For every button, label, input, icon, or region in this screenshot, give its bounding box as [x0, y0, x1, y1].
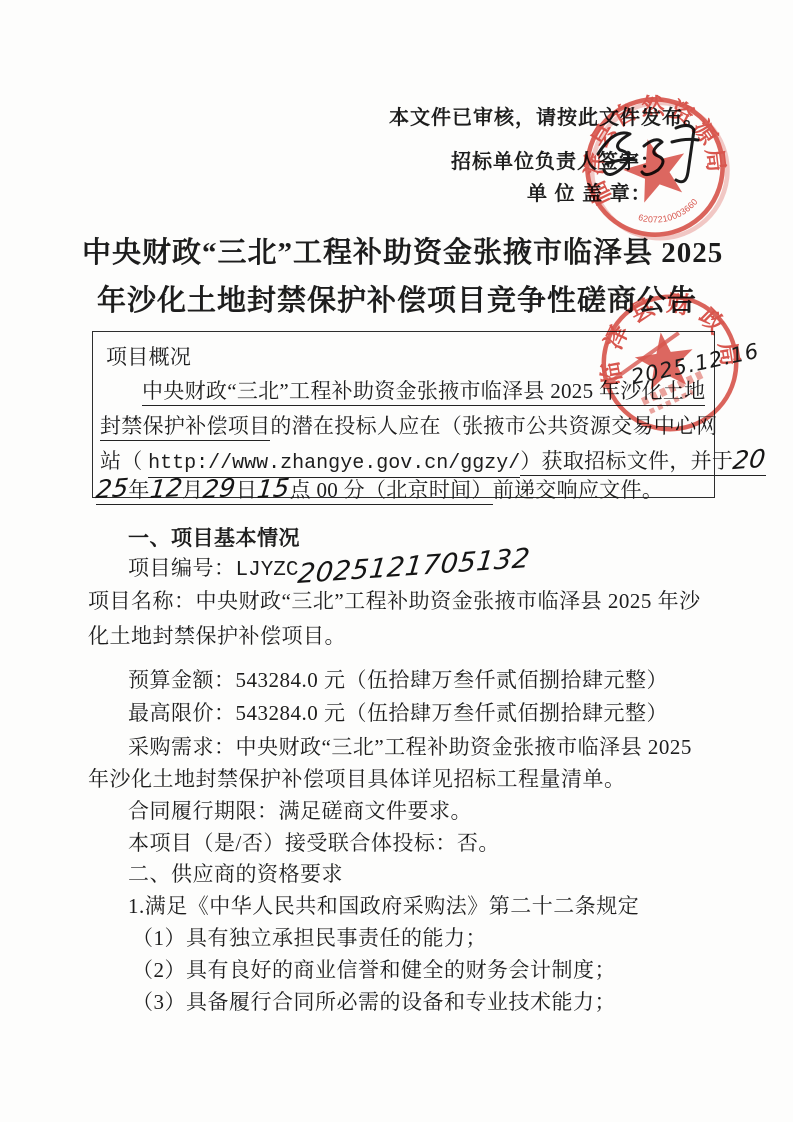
overview-line3: 站（ http://www.zhangye.gov.cn/ggzy/）获取招标文…	[100, 445, 766, 475]
overview-line4: 25年12月29日15点 00 分（北京时间）前递交响应文件。	[96, 474, 663, 504]
qualification-item1: 1.满足《中华人民共和国政府采购法》第二十二条规定	[128, 890, 639, 920]
project-name-line1: 项目名称：中央财政“三北”工程补助资金张掖市临泽县 2025 年沙	[88, 585, 701, 615]
handwritten-20: 20	[733, 454, 767, 466]
max-price-line: 最高限价：543284.0 元（伍拾肆万叁仟贰佰捌拾肆元整）	[128, 697, 668, 727]
handwritten-hour: 15	[257, 483, 291, 495]
scanned-document-page: 本文件已审核，请按此文件发布。 招标单位负责人签字： 单 位 盖 章： 临泽县自…	[0, 0, 793, 1122]
qualification-sub3: （3）具备履行合同所必需的设备和专业技术能力；	[132, 986, 616, 1016]
project-name-line2: 化土地封禁保护补偿项目。	[88, 620, 346, 650]
overview-heading: 项目概况	[106, 341, 191, 371]
handwritten-project-number: 2025121705132	[296, 543, 531, 590]
project-number-line: 项目编号：LJYZC2025121705132	[128, 551, 528, 582]
demand-line2: 年沙化土地封禁保护补偿项目具体详见招标工程量清单。	[88, 763, 626, 793]
section2-heading: 二、供应商的资格要求	[128, 858, 343, 888]
handwritten-day: 29	[203, 483, 237, 495]
handwritten-year: 25	[95, 483, 129, 495]
budget-line: 预算金额：543284.0 元（伍拾肆万叁仟贰佰捌拾肆元整）	[128, 664, 668, 694]
contract-period-line: 合同履行期限：满足磋商文件要求。	[128, 795, 472, 825]
qualification-sub2: （2）具有良好的商业信誉和健全的财务会计制度；	[132, 954, 616, 984]
seal1-star-icon	[617, 131, 694, 206]
qualification-sub1: （1）具有独立承担民事责任的能力；	[132, 922, 487, 952]
official-seal-natural-resources: 临泽县自然资源局 6207210003660	[567, 79, 743, 255]
demand-line1: 采购需求：中央财政“三北”工程补助资金张掖市临泽县 2025	[128, 731, 692, 761]
document-title-line1: 中央财政“三北”工程补助资金张掖市临泽县 2025	[82, 230, 712, 271]
handwritten-month: 12	[149, 483, 183, 495]
joint-bid-line: 本项目（是/否）接受联合体投标：否。	[128, 827, 500, 857]
section1-heading: 一、项目基本情况	[128, 522, 300, 552]
